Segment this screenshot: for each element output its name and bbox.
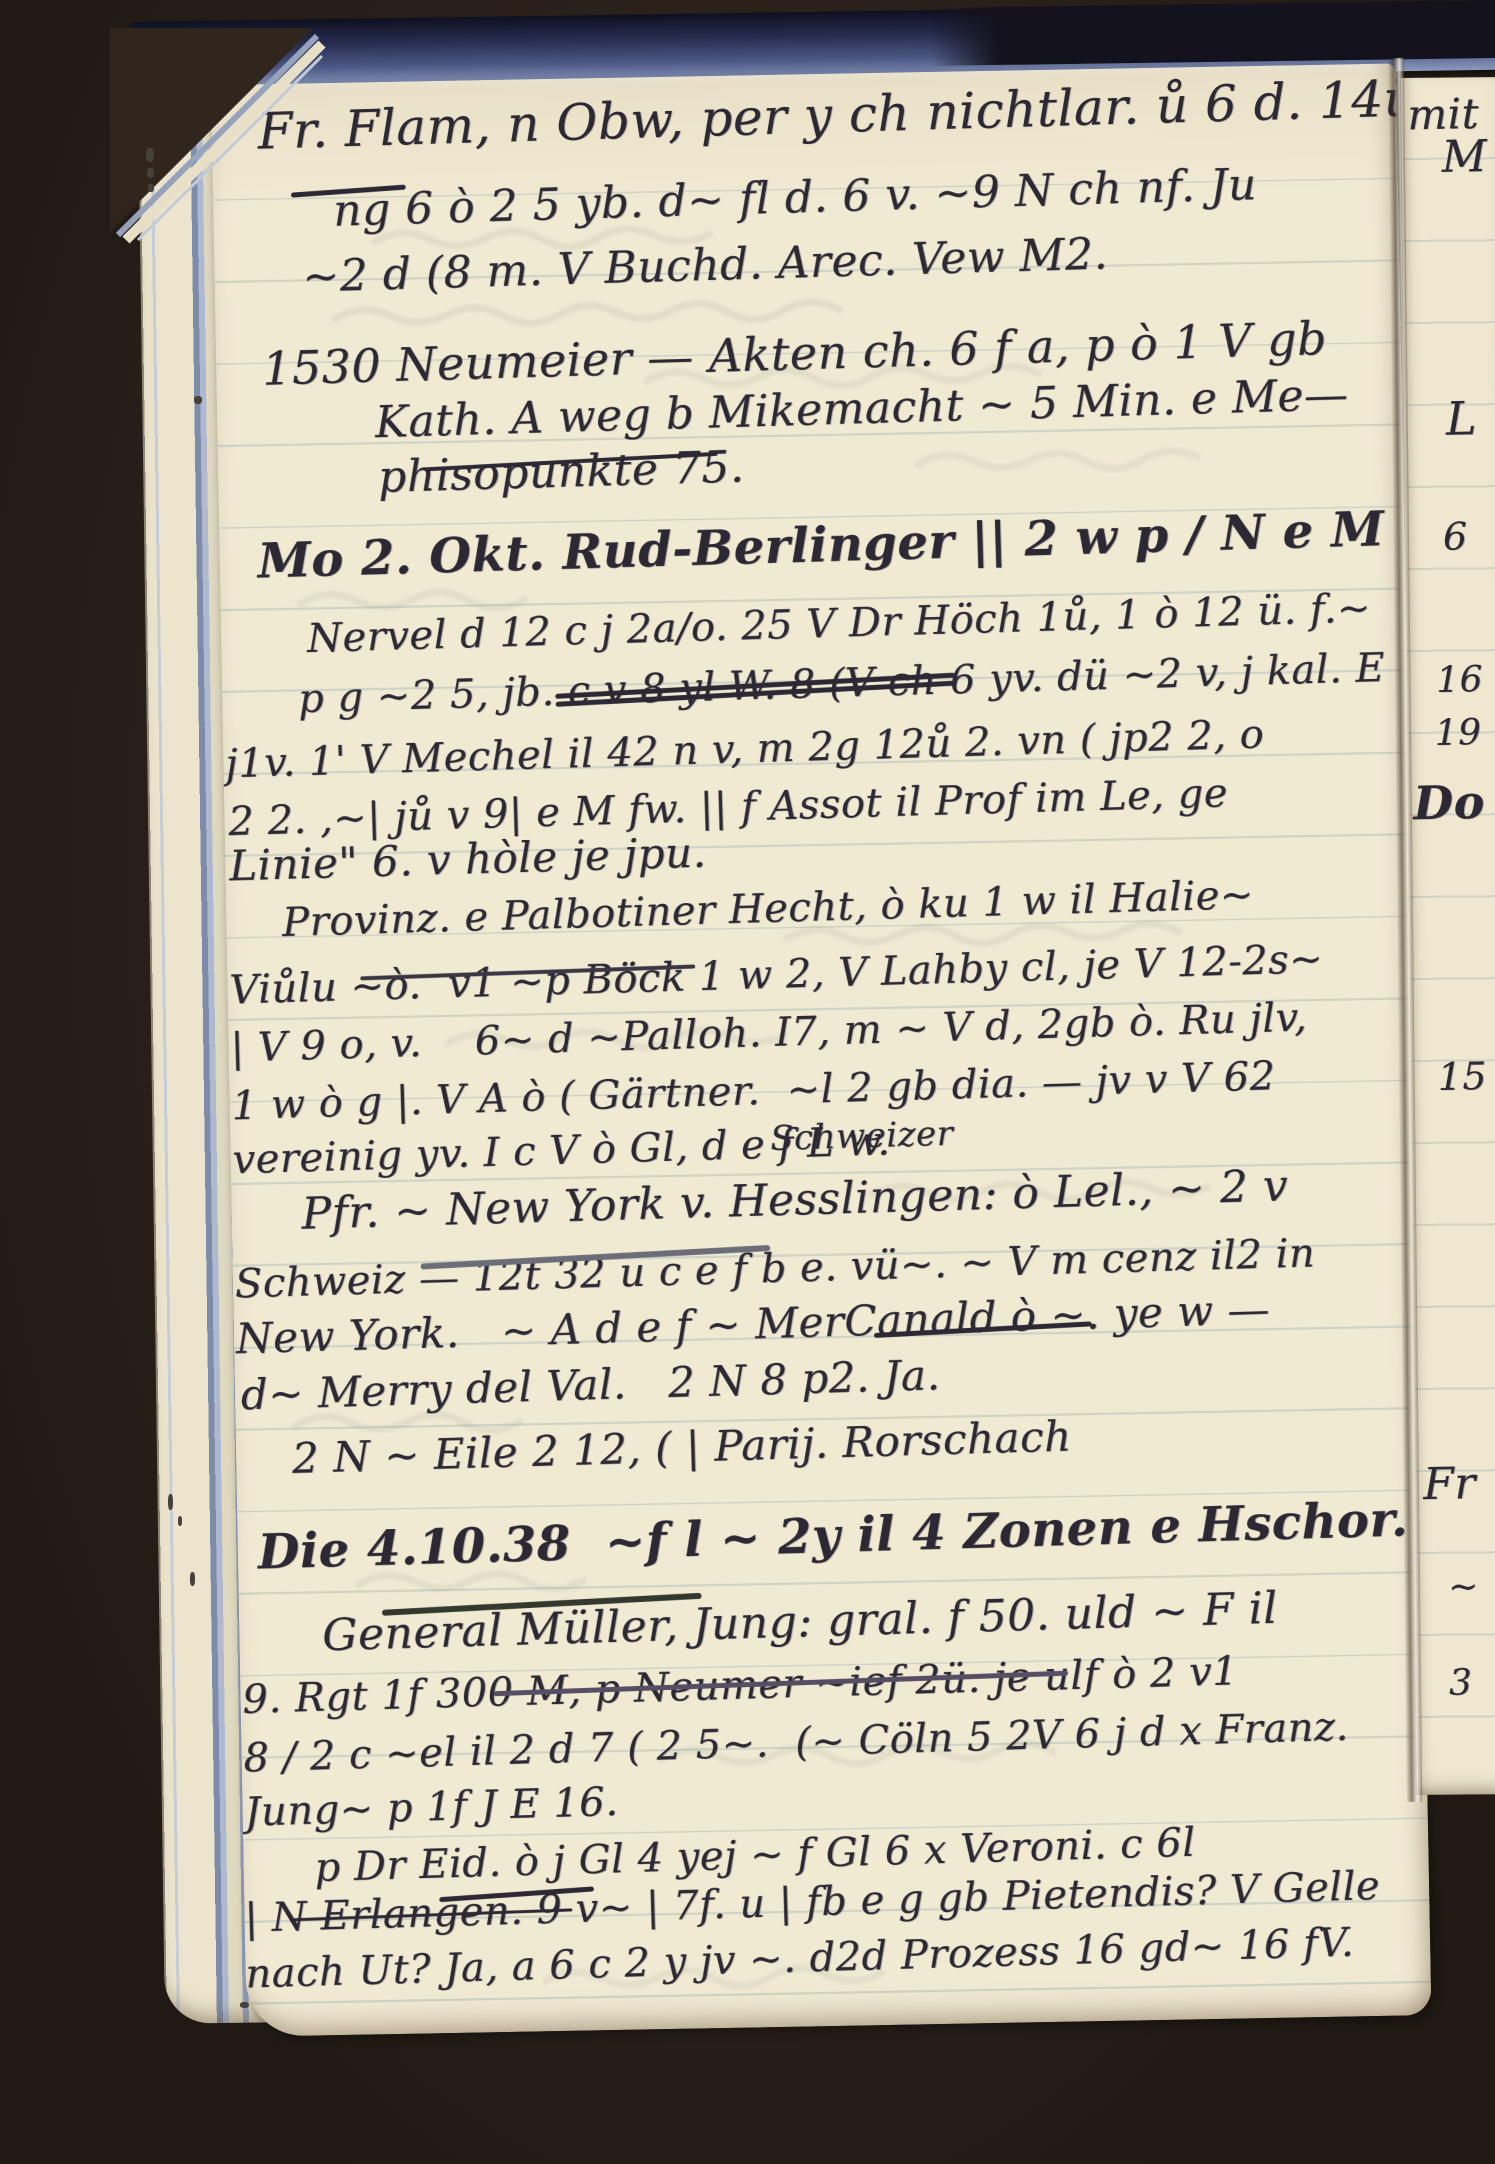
handwriting-fragment: 6	[1443, 517, 1468, 555]
margin-mark	[190, 1572, 195, 1586]
handwriting-fragment: ~	[1448, 1569, 1479, 1606]
handwriting-line: Jung~ p 1f J E 16.	[244, 1782, 619, 1833]
handwriting-line: Mo 2. Okt. Rud-Berlinger || 2 w p / N e …	[257, 498, 1431, 586]
handwriting-line: ~2 d (8 m. V Buchd. Arec. Vew M2.	[302, 232, 1109, 299]
handwriting-line: p g ~2 5, jb. c v 8 yl W. 8 (V ch 6 yv. …	[298, 648, 1386, 719]
handwriting-fragment: 3	[1449, 1665, 1473, 1701]
handwriting-fragment: M	[1441, 135, 1487, 180]
handwriting-line: Fr. Flam, n Obw, per y ch nichtlar. ů 6 …	[257, 71, 1431, 156]
margin-mark	[148, 184, 154, 192]
handwriting-fragment: Fr	[1423, 1462, 1476, 1507]
margin-mark	[146, 148, 154, 162]
margin-mark	[178, 1516, 182, 1526]
handwriting-line: 2 2. ,~| jů v 9| e M fw. || f Assot il P…	[228, 773, 1229, 842]
notebook-page-left: Fr. Flam, n Obw, per y ch nichtlar. ů 6 …	[211, 63, 1432, 2036]
handwriting-line: Linie" 6. v hòle je jpu.	[229, 832, 707, 888]
handwriting-fragment: L	[1446, 395, 1478, 442]
margin-mark	[168, 1494, 173, 1510]
handwriting-fragment: 16	[1436, 662, 1483, 699]
facing-handwriting-layer: mitML61619Do15Fr~3	[1401, 77, 1495, 78]
handwriting-line: ng 6 ò 2 5 yb. d~ fl d. 6 v. ~9 N ch nf.…	[333, 163, 1258, 234]
handwriting-line: Nervel d 12 c j 2a/o. 25 V Dr Höch 1ů, 1…	[307, 588, 1372, 659]
margin-mark	[240, 2002, 249, 2008]
margin-mark	[147, 168, 154, 178]
handwriting-line: Provinz. e Palbotiner Hecht, ò ku 1 w il…	[282, 875, 1255, 943]
handwriting-fragment: 15	[1437, 1057, 1487, 1096]
notebook-photo: Fr. Flam, n Obw, per y ch nichtlar. ů 6 …	[0, 0, 1495, 2164]
handwriting-line: Die 4.10.38 ~f l ~ 2y il 4 Zonen e Hscho…	[257, 1495, 1409, 1576]
handwriting-line: 2 N ~ Eile 2 12, ( | Parij. Rorschach	[292, 1415, 1073, 1479]
handwriting-line: General Müller, Jung: gral. f 50. uld ~ …	[322, 1587, 1279, 1659]
margin-mark	[194, 396, 202, 404]
handwriting-line: d~ Merry del Val. 2 N 8 p2. Ja.	[240, 1354, 941, 1416]
handwriting-fragment: 19	[1434, 715, 1481, 752]
handwriting-fragment: Do	[1413, 779, 1485, 826]
notebook-cover-edge-shadow	[930, 0, 1495, 66]
handwriting-line: Schweizer	[770, 1117, 954, 1156]
handwriting-fragment: mit	[1407, 93, 1479, 136]
